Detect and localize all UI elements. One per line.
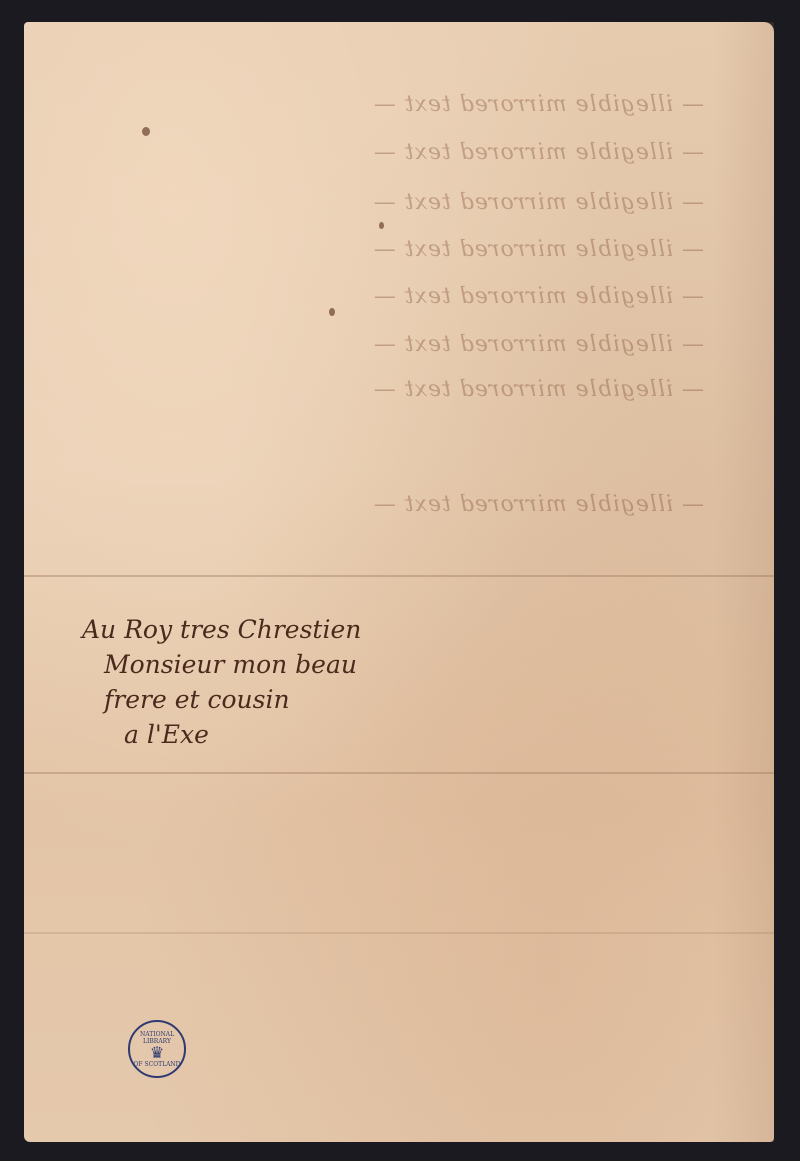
- fold-line: [24, 575, 774, 577]
- bleed-through-line: — illegible mirrored text —: [84, 92, 704, 117]
- manuscript-page: — illegible mirrored text — — illegible …: [24, 22, 774, 1142]
- bleed-through-line: — illegible mirrored text —: [84, 332, 704, 357]
- address-line: a l'Exe: [82, 717, 361, 752]
- address-line: frere et cousin: [82, 682, 361, 717]
- bleed-through-line: — illegible mirrored text —: [84, 492, 704, 517]
- library-stamp: NATIONAL LIBRARY ♛ OF SCOTLAND: [128, 1020, 186, 1078]
- bleed-through-line: — illegible mirrored text —: [84, 237, 704, 262]
- fold-line: [24, 772, 774, 774]
- address-line: Au Roy tres Chrestien: [82, 612, 361, 647]
- stamp-text-bottom: OF SCOTLAND: [130, 1061, 184, 1068]
- bleed-through-line: — illegible mirrored text —: [84, 190, 704, 215]
- page-edge-shadow: [714, 22, 774, 1142]
- bleed-through-line: — illegible mirrored text —: [84, 284, 704, 309]
- ink-spot: [329, 308, 335, 316]
- bleed-through-line: — illegible mirrored text —: [84, 140, 704, 165]
- bleed-through-line: — illegible mirrored text —: [84, 377, 704, 402]
- ink-spot: [142, 127, 150, 136]
- address-block: Au Roy tres Chrestien Monsieur mon beau …: [82, 612, 361, 752]
- fold-line: [24, 932, 774, 934]
- crown-icon: ♛: [130, 1045, 184, 1061]
- address-line: Monsieur mon beau: [82, 647, 361, 682]
- ink-spot: [379, 222, 384, 229]
